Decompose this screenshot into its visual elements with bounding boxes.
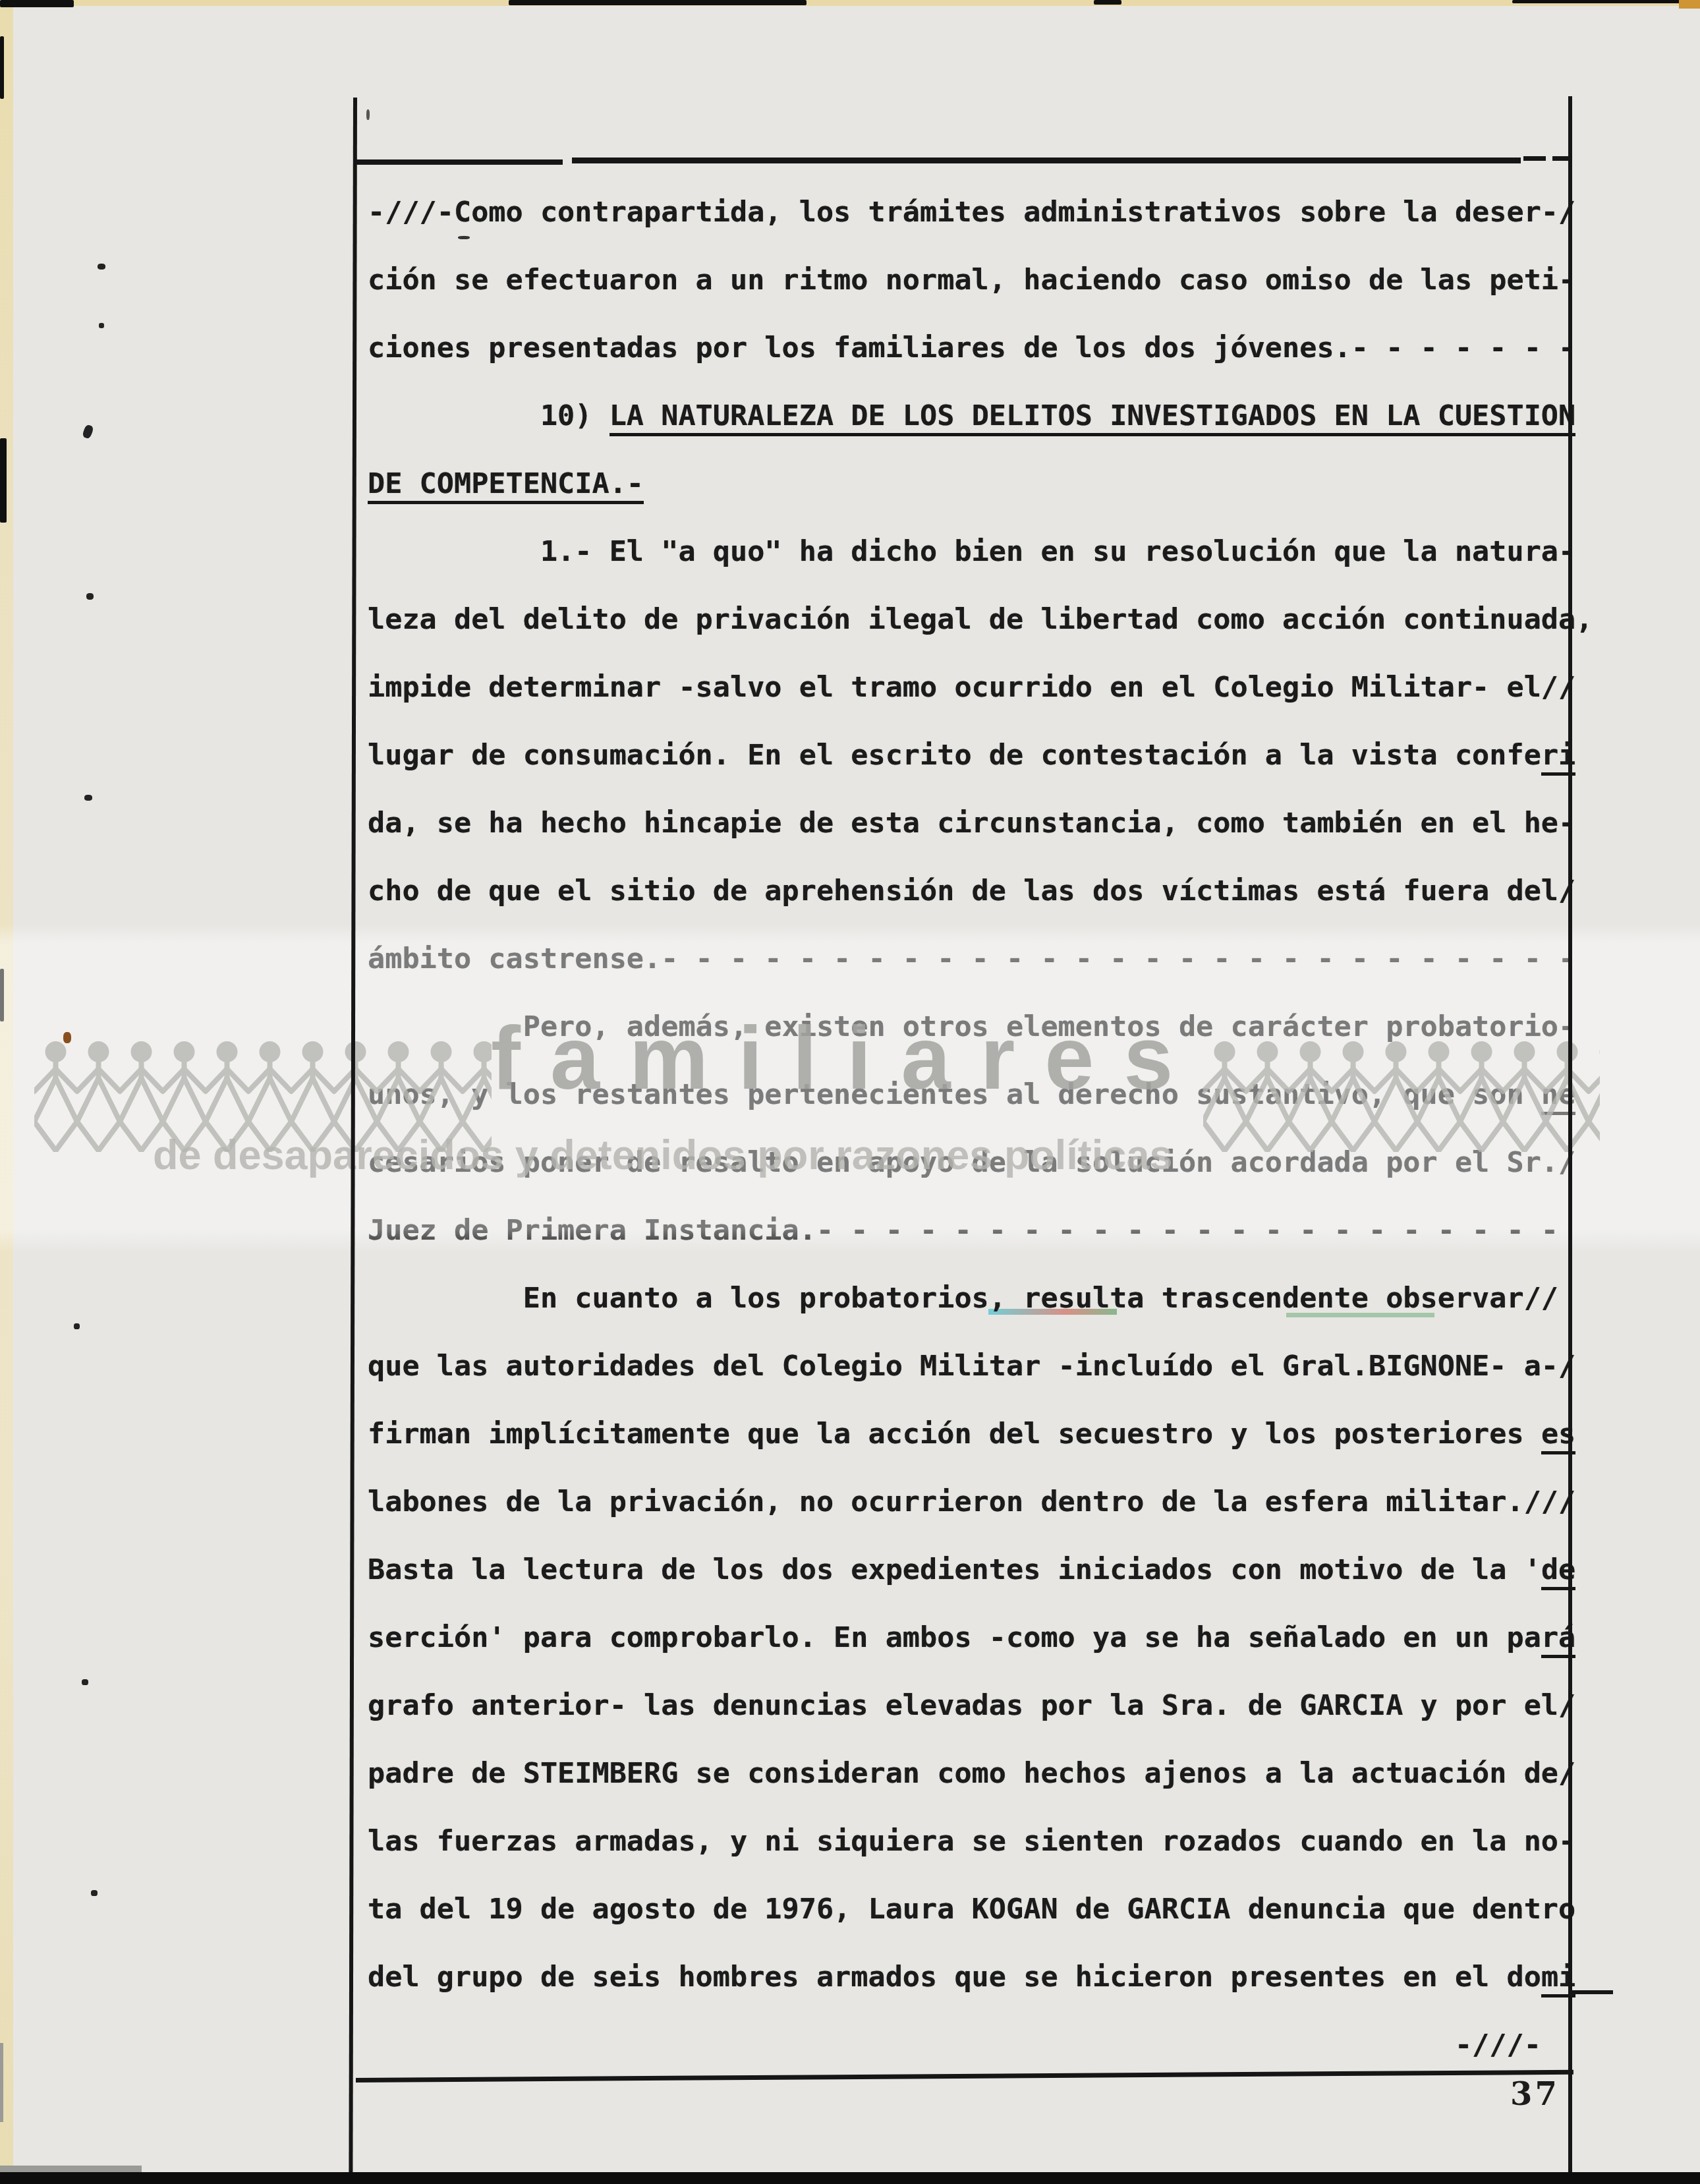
scan-artifact-top-small	[1094, 0, 1121, 5]
scan-edge-top	[0, 0, 1700, 6]
text-line: ta del 19 de agosto de 1976, Laura KOGAN…	[368, 1876, 1593, 1943]
text-line: En cuanto a los probatorios, resulta tra…	[368, 1265, 1593, 1333]
text-line: que las autoridades del Colegio Militar …	[368, 1333, 1593, 1400]
scan-artifact-left-streak-2	[0, 438, 7, 523]
margin-speck	[82, 424, 94, 439]
pencil-mark	[458, 236, 470, 239]
page-border-top-dash	[1523, 156, 1546, 161]
scan-artifact-bottom-bar	[0, 2172, 1700, 2184]
text-line: labones de la privación, no ocurrieron d…	[368, 1468, 1593, 1536]
text-line: 1.- El "a quo" ha dicho bien en su resol…	[368, 518, 1593, 586]
page-border-top	[572, 158, 1521, 163]
text-line: ción se efectuaron a un ritmo normal, ha…	[368, 246, 1593, 314]
text-line: cho de que el sitio de aprehensión de la…	[368, 857, 1593, 925]
watermark-subtitle: de desaparecidos y detenidos por razones…	[153, 1135, 1172, 1176]
scan-artifact-top-right	[1512, 0, 1685, 3]
text-line: leza del delito de privación ilegal de l…	[368, 586, 1593, 654]
page-border-tick	[1572, 1990, 1613, 1994]
watermark-title: familiares	[491, 1014, 1203, 1103]
text-line: -///-Como contrapartida, los trámites ad…	[368, 179, 1593, 246]
scan-artifact-left-streak-1	[0, 36, 4, 99]
margin-speck	[86, 593, 94, 600]
margin-speck	[91, 1890, 98, 1896]
page-border-top	[355, 159, 563, 165]
scan-artifact-corner-orange	[1679, 0, 1700, 9]
text-line: las fuerzas armadas, y ni siquiera se si…	[368, 1808, 1593, 1876]
text-line: da, se ha hecho hincapie de esta circuns…	[368, 790, 1593, 857]
text-line: 10) LA NATURALEZA DE LOS DELITOS INVESTI…	[368, 382, 1593, 450]
pencil-mark	[366, 109, 370, 120]
scan-artifact-left-streak-4	[0, 2043, 3, 2122]
text-line: del grupo de seis hombres armados que se…	[368, 1943, 1593, 2011]
text-line: -///-	[368, 2011, 1593, 2079]
text-line: Basta la lectura de los dos expedientes …	[368, 1536, 1593, 1604]
text-line: impide determinar -salvo el tramo ocurri…	[368, 654, 1593, 722]
page-border-top-dash	[1552, 156, 1570, 161]
text-line: grafo anterior- las denuncias elevadas p…	[368, 1672, 1593, 1740]
scanned-document-page: -///-Como contrapartida, los trámites ad…	[0, 0, 1700, 2184]
page-border-right	[1568, 96, 1572, 2176]
margin-speck-brown	[63, 1032, 71, 1043]
paper-doll-chain-icon	[1203, 1039, 1600, 1152]
text-line: ciones presentadas por los familiares de…	[368, 314, 1593, 382]
margin-speck	[74, 1323, 80, 1329]
text-line: padre de STEIMBERG se consideran como he…	[368, 1740, 1593, 1808]
text-line: firman implícitamente que la acción del …	[368, 1400, 1593, 1468]
scan-artifact-top-middle	[509, 0, 807, 5]
margin-speck	[98, 264, 105, 270]
text-line: lugar de consumación. En el escrito de c…	[368, 722, 1593, 790]
text-line: serción' para comprobarlo. En ambos -com…	[368, 1604, 1593, 1672]
text-line: DE COMPETENCIA.-	[368, 450, 1593, 518]
scan-artifact-top-left	[0, 0, 74, 7]
page-number: 37	[1510, 2076, 1560, 2113]
margin-speck	[82, 1679, 88, 1685]
margin-speck	[84, 795, 92, 801]
margin-speck	[99, 323, 104, 328]
